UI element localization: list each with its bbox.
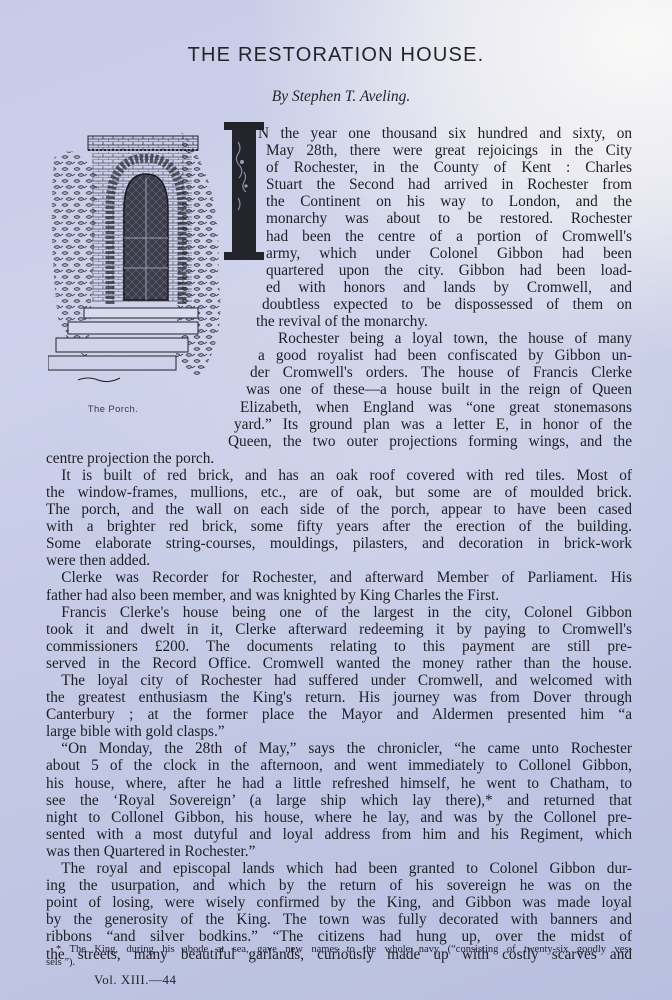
text-line: the revival of the monarchy. bbox=[256, 313, 632, 330]
text-line: the Continent on his way to London, and … bbox=[266, 193, 632, 210]
text-line: ing the usurpation, and which by the ret… bbox=[46, 877, 632, 894]
text-line: Francis Clerke's house being one of the … bbox=[46, 604, 632, 621]
text-line: father had also been member, and was kni… bbox=[46, 587, 632, 604]
text-line: sented with a most dutyful and loyal add… bbox=[46, 826, 632, 843]
text-line: N the year one thousand six hundred and … bbox=[258, 125, 632, 142]
text-line: The royal and episcopal lands which had … bbox=[46, 860, 632, 877]
text-line: his house, where, after he had a little … bbox=[46, 775, 632, 792]
text-line: doubtless expected to be dispossessed of… bbox=[262, 296, 632, 313]
article-title: THE RESTORATION HOUSE. bbox=[0, 44, 672, 67]
text-line: point of losing, were wisely confirmed b… bbox=[46, 894, 632, 911]
text-line: see the ‘Royal Sovereign’ (a large ship … bbox=[46, 792, 632, 809]
text-line: had been the centre of a portion of Crom… bbox=[266, 228, 632, 245]
text-line: ribbons “and silver bodkins.” “The citiz… bbox=[46, 928, 632, 945]
volume-page-label: Vol. XIII.—44 bbox=[94, 972, 176, 988]
footnote-line: sels ”). bbox=[46, 957, 632, 970]
text-line: ed with honors and lands by Cromwell, an… bbox=[266, 279, 632, 296]
text-line: quartered upon the city. Gibbon had been… bbox=[266, 262, 632, 279]
text-line: a good royalist had been confiscated by … bbox=[258, 347, 632, 364]
text-line: monarchy was about to be restored. Roche… bbox=[266, 210, 632, 227]
text-line: army, which under Colonel Gibbon had bee… bbox=[266, 245, 632, 262]
text-line: with a brighter red brick, some fifty ye… bbox=[46, 518, 632, 535]
text-line: der Cromwell's orders. The house of Fran… bbox=[250, 364, 632, 381]
footnote-line: * The King, during his abode at sea, gav… bbox=[46, 944, 632, 957]
text-line: Rochester being a loyal town, the house … bbox=[278, 330, 632, 347]
text-line: Elizabeth, when England was “one great s… bbox=[240, 399, 632, 416]
text-line: was one of these—a house built in the re… bbox=[246, 381, 632, 398]
text-line: Canterbury ; at the former place the May… bbox=[46, 706, 632, 723]
text-line: The porch, and the wall on each side of … bbox=[46, 501, 632, 518]
magazine-page: THE RESTORATION HOUSE. By Stephen T. Ave… bbox=[0, 0, 672, 1000]
text-line: by the generosity of the King. The town … bbox=[46, 911, 632, 928]
text-line: about 5 of the clock in the afternoon, a… bbox=[46, 757, 632, 774]
text-line: large bible with gold clasps.” bbox=[46, 723, 632, 740]
text-line: “On Monday, the 28th of May,” says the c… bbox=[46, 740, 632, 757]
text-line: took it and dwelt in it, Clerke afterwar… bbox=[46, 621, 632, 638]
text-line: Stuart the Second had arrived in Rochest… bbox=[266, 176, 632, 193]
text-line: Queen, the two outer projections forming… bbox=[228, 433, 632, 450]
text-line: Some elaborate string-courses, mouldings… bbox=[46, 535, 632, 552]
text-line: of Rochester, in the County of Kent : Ch… bbox=[266, 159, 632, 176]
text-line: The loyal city of Rochester had suffered… bbox=[46, 672, 632, 689]
text-line: was then Quartered in Rochester.” bbox=[46, 843, 632, 860]
text-line: centre projection the porch. bbox=[46, 450, 632, 467]
text-line: the greatest enthusiasm the King's retur… bbox=[46, 689, 632, 706]
footnote: * The King, during his abode at sea, gav… bbox=[46, 944, 632, 969]
text-line: night to Collonel Gibbon, his house, whe… bbox=[46, 809, 632, 826]
text-line: Clerke was Recorder for Rochester, and a… bbox=[46, 569, 632, 586]
text-line: It is built of red brick, and has an oak… bbox=[46, 467, 632, 484]
text-line: were then added. bbox=[46, 552, 632, 569]
text-line: May 28th, there were great rejoicings in… bbox=[266, 142, 632, 159]
text-line: yard.” Its ground plan was a letter E, i… bbox=[234, 416, 632, 433]
article-body: N the year one thousand six hundred and … bbox=[46, 125, 632, 963]
text-line: the window-frames, mullions, etc., are o… bbox=[46, 484, 632, 501]
text-line: commissioners £200. The documents relati… bbox=[46, 638, 632, 655]
text-line: served in the Record Office. Cromwell wa… bbox=[46, 655, 632, 672]
article-byline: By Stephen T. Aveling. bbox=[0, 88, 672, 106]
